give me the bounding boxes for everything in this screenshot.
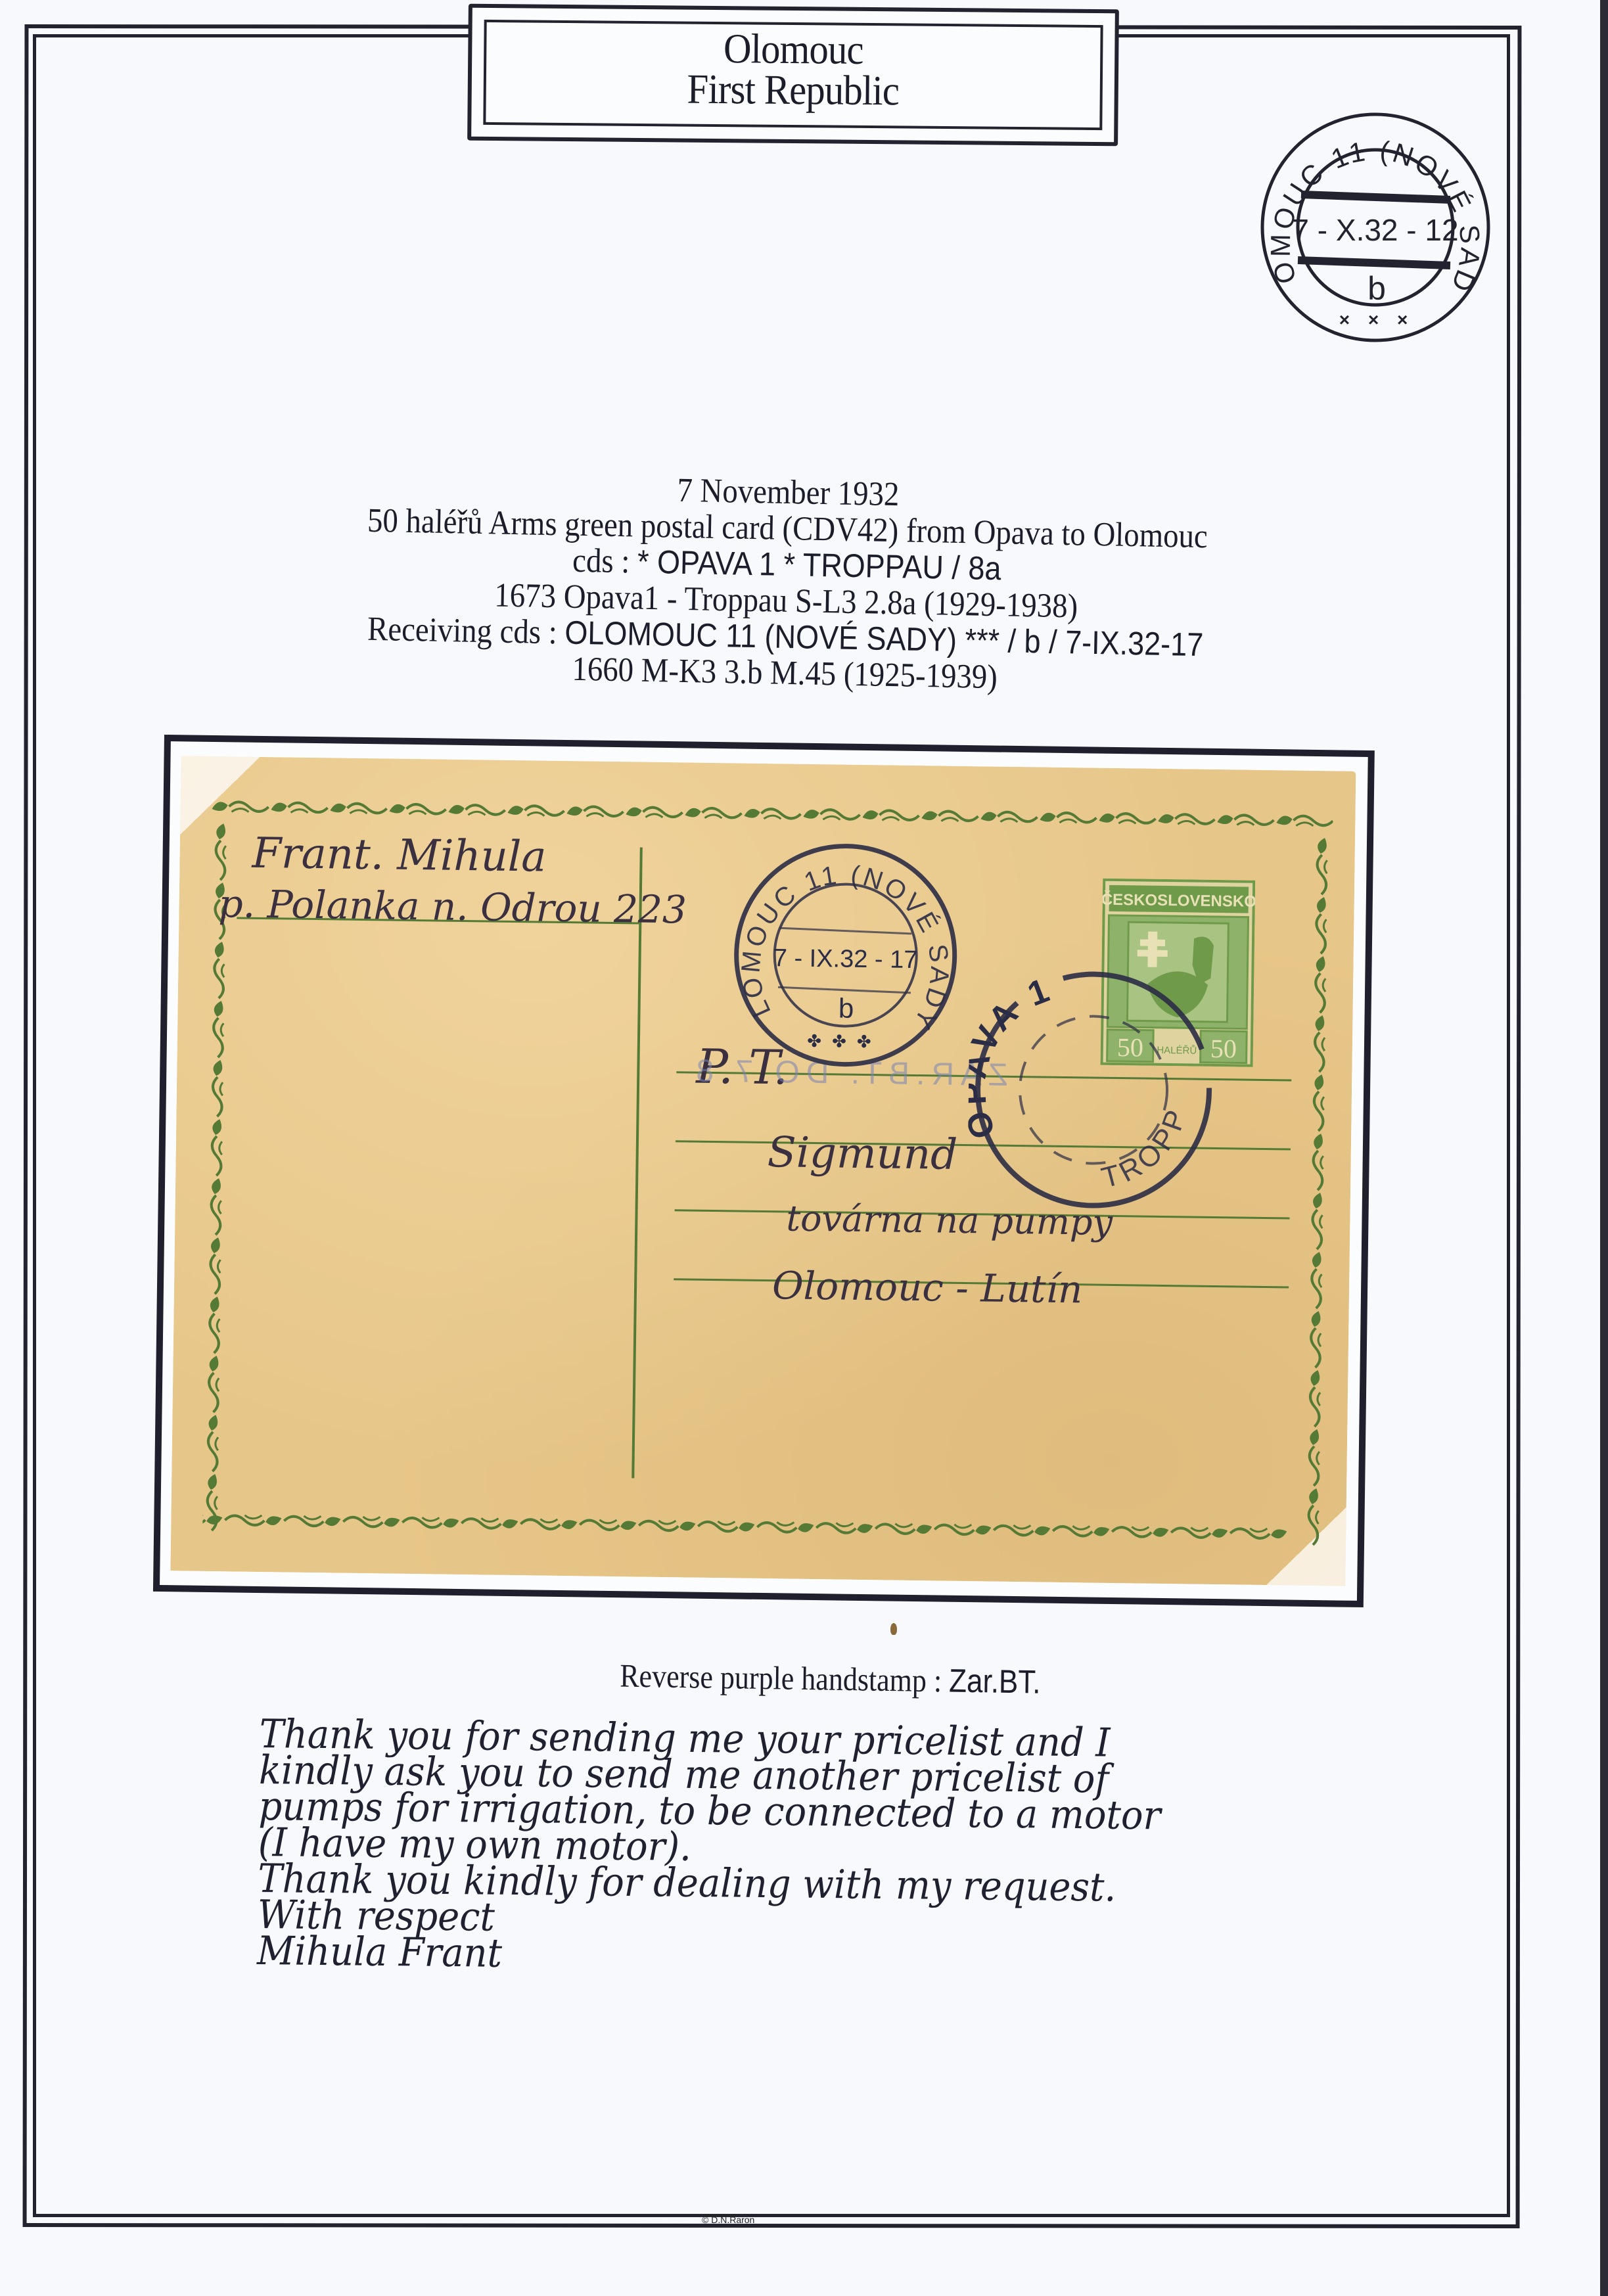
title-period: First Republic <box>497 67 1089 113</box>
copyright-notice: © D.N.Raron <box>702 2215 754 2225</box>
caption-label: Reverse purple handstamp : <box>620 1657 950 1699</box>
sender-name: Frant. Mihula <box>252 829 547 882</box>
svg-text:✤✤✤: ✤✤✤ <box>807 1031 882 1051</box>
receiving-cancel-olomouc: OLOMOUC 11 (NOVÉ SADY) 7 - IX.32 - 17 b … <box>725 835 965 1075</box>
caption-value: Zar.BT. <box>949 1662 1041 1700</box>
paper-speck <box>890 1623 897 1635</box>
reference-postmark-code: b <box>1367 270 1386 307</box>
sender-address: p. Polanka n. Odrou 223 <box>218 881 687 932</box>
reference-postmark-date: 7 - X.32 - 12 <box>1292 213 1458 247</box>
cds-label: cds : <box>572 542 638 581</box>
origin-cancel-outer-text: OPAVA 1 <box>967 969 1059 1145</box>
page-title: Olomouc First Republic <box>497 26 1090 113</box>
scan-edge <box>1600 0 1608 2296</box>
receiving-label: Receiving cds : <box>367 610 565 652</box>
title-box: Olomouc First Republic <box>467 4 1119 147</box>
postcard: Frant. Mihula p. Polanka n. Odrou 223 P.… <box>170 756 1356 1586</box>
receiving-cancel-code: b <box>838 992 854 1023</box>
postcard-mount: Frant. Mihula p. Polanka n. Odrou 223 P.… <box>153 735 1375 1607</box>
receiving-cancel-date: 7 - IX.32 - 17 <box>773 944 918 974</box>
reverse-handstamp-caption: Reverse purple handstamp : Zar.BT. <box>0 1659 1608 1697</box>
origin-cancel-opava: OPAVA 1 TROPPAU <box>967 963 1220 1216</box>
reference-postmark: OLOMOUC 11 (NOVÉ SADY) 7 - X.32 - 12 b ×… <box>1258 110 1492 344</box>
reference-postmark-stars: × × × <box>1339 310 1415 330</box>
svg-text:OPAVA 1: OPAVA 1 <box>967 969 1059 1145</box>
title-city: Olomouc <box>497 26 1089 72</box>
item-description: 7 November 1932 50 haléřů Arms green pos… <box>127 462 1446 704</box>
stamp-country: ČESKOSLOVENSKO <box>1101 890 1256 911</box>
addressee-line-2: Sigmund <box>767 1128 957 1180</box>
translation-text: Thank you for sending me your pricelist … <box>257 1716 1229 1979</box>
addressee-line-4: Olomouc - Lutín <box>772 1263 1083 1312</box>
